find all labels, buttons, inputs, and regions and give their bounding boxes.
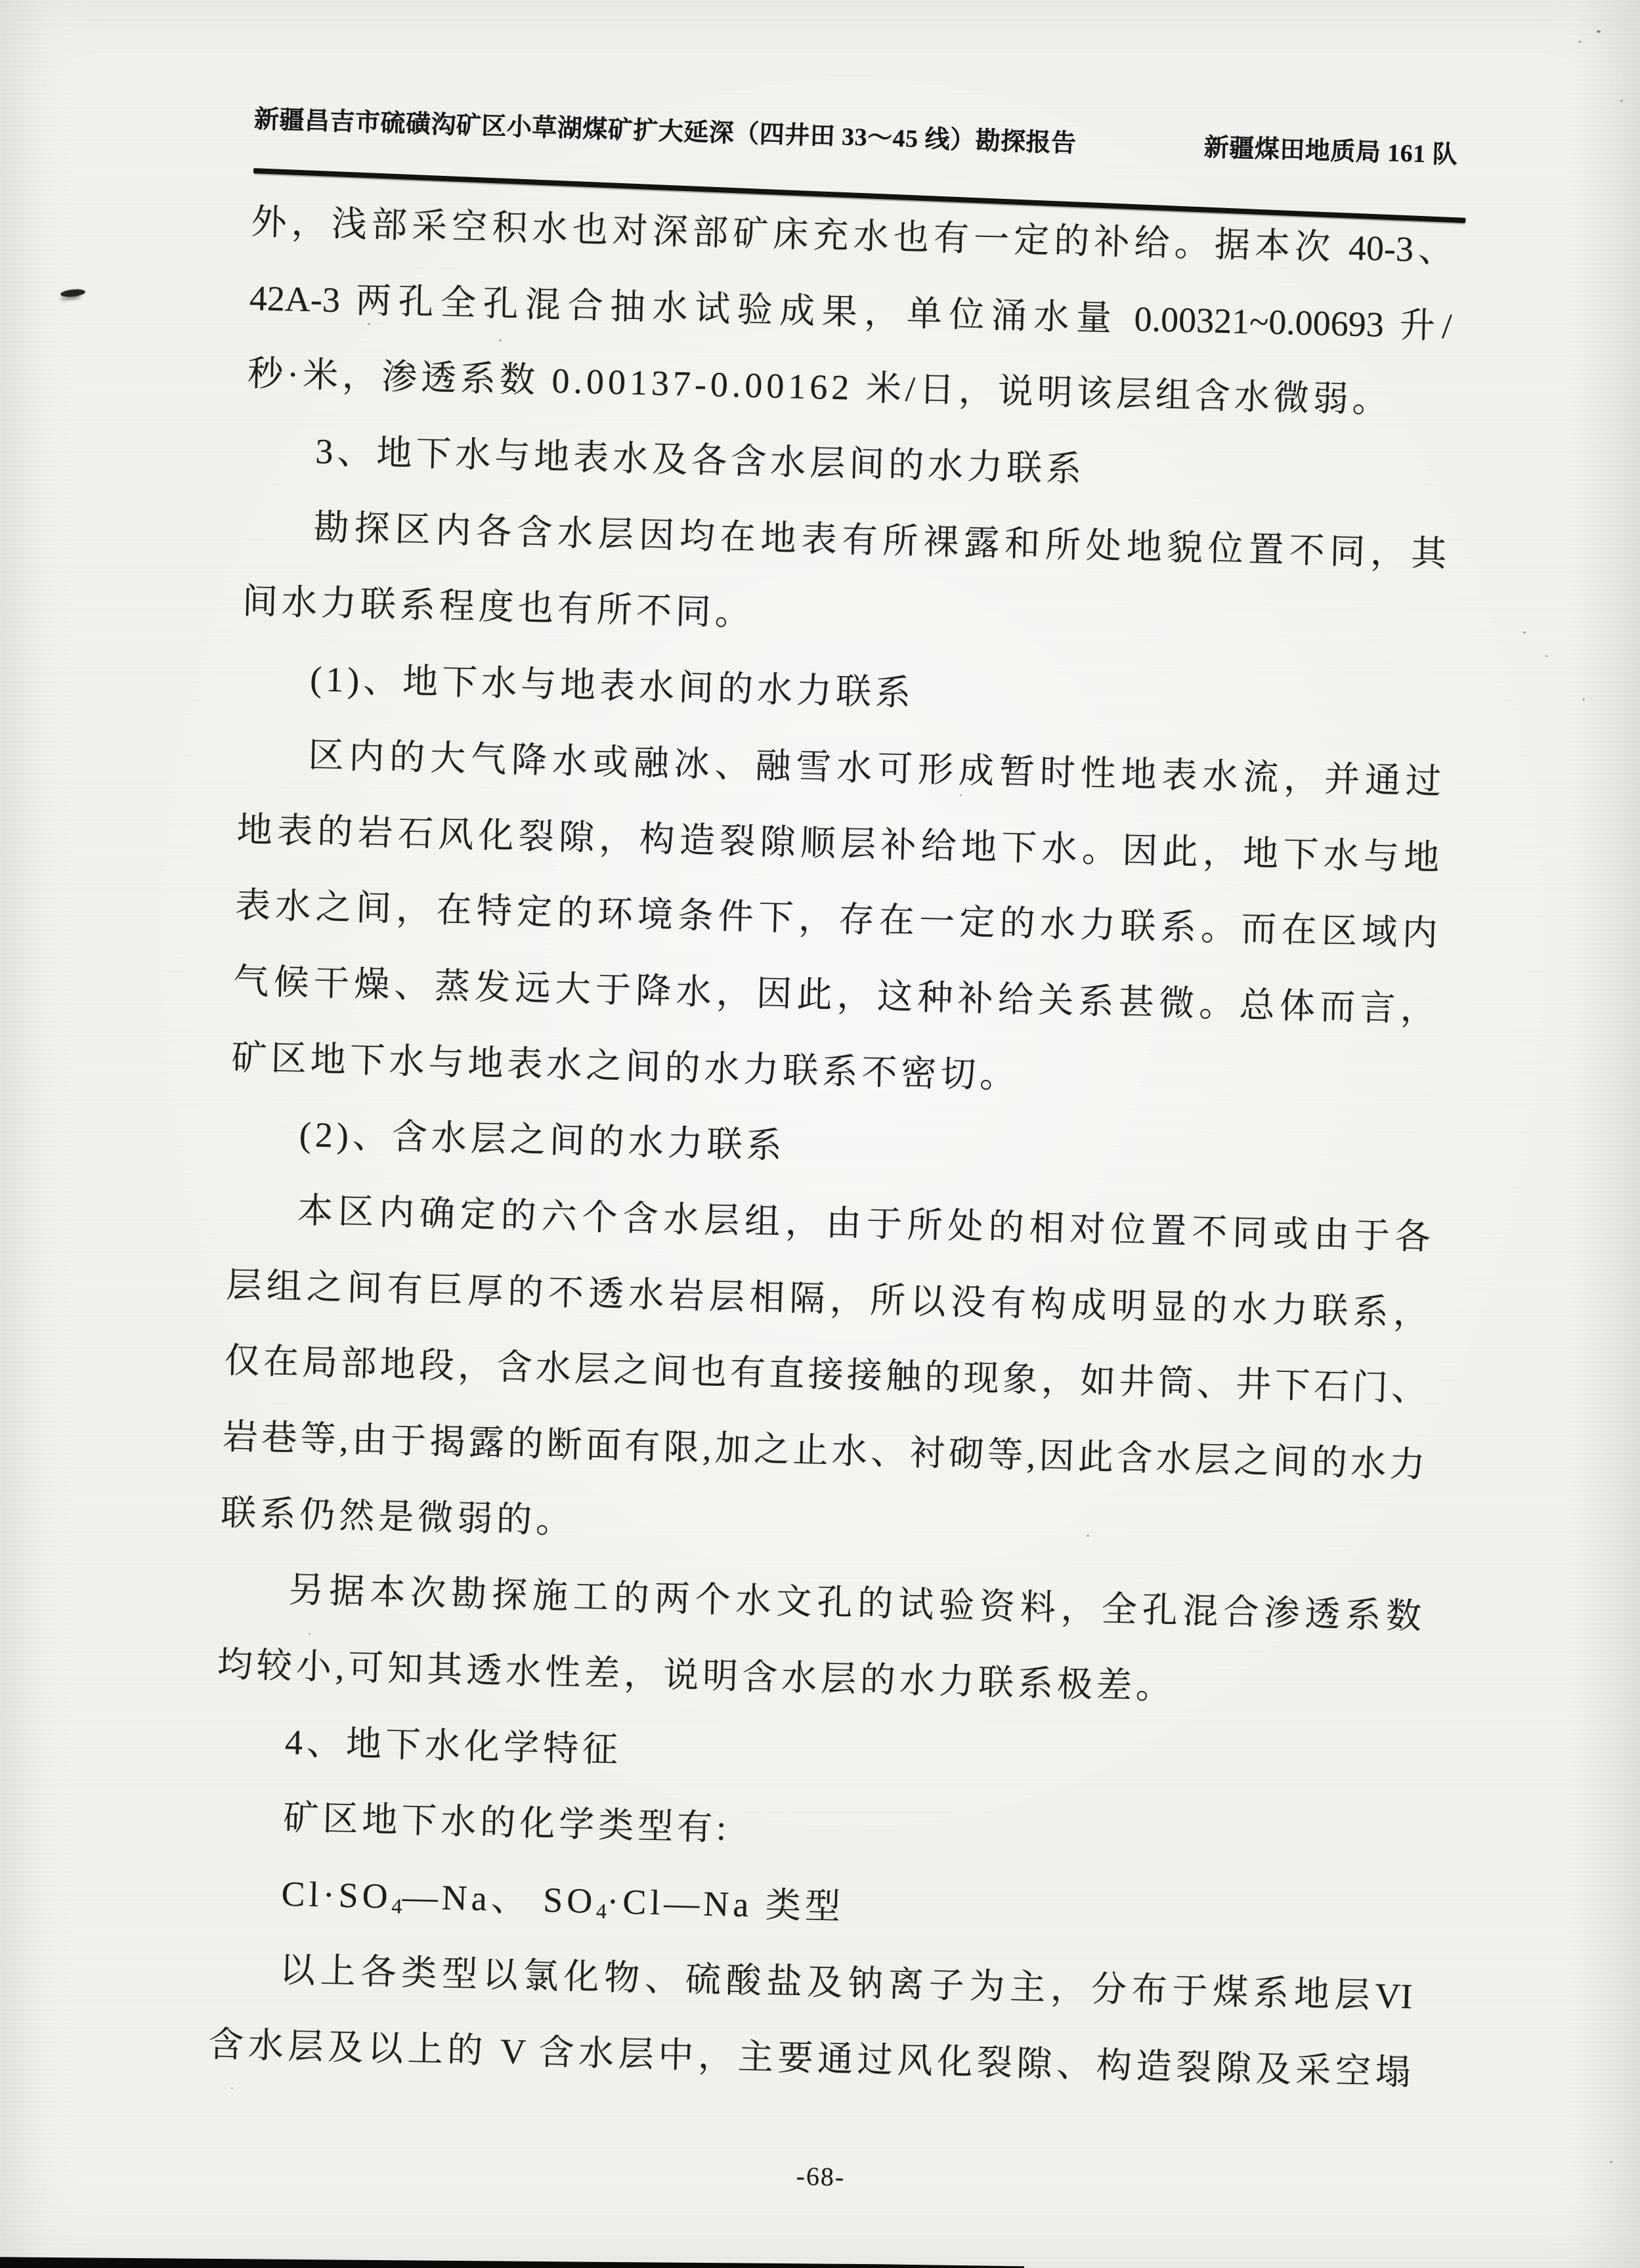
paper-speck	[368, 323, 370, 325]
paper-speck	[1523, 631, 1526, 633]
ink-smudge	[60, 288, 86, 298]
header-org-name: 新疆煤田地质局 161 队	[1203, 127, 1458, 170]
paper-speck	[1620, 100, 1623, 102]
paper-speck	[231, 2087, 233, 2089]
paper-speck	[499, 339, 502, 341]
paper-speck	[1610, 2161, 1612, 2163]
page-number: -68-	[767, 2160, 873, 2193]
paper-speck	[1087, 1535, 1089, 1537]
paper-speck	[1597, 30, 1601, 33]
document-page: { "document": { "header": { "report_titl…	[0, 0, 1640, 2268]
paper-speck	[1578, 41, 1582, 43]
paper-speck	[1545, 655, 1547, 657]
scan-edge-artifact	[0, 2256, 1024, 2268]
paper-speck	[800, 1975, 802, 1976]
paper-speck	[309, 1633, 311, 1635]
header-report-title: 新疆昌吉市硫磺沟矿区小草湖煤矿扩大延深（四井田 33～45 线）勘探报告	[253, 98, 1077, 159]
paper-speck	[1582, 698, 1585, 700]
page-header: 新疆昌吉市硫磺沟矿区小草湖煤矿扩大延深（四井田 33～45 线）勘探报告 新疆煤…	[253, 98, 1458, 170]
paper-speck	[960, 794, 962, 796]
body-text: 外，浅部采空积水也对深部矿床充水也有一定的补给。据本次 40-3、42A-3 两…	[207, 184, 1455, 2111]
